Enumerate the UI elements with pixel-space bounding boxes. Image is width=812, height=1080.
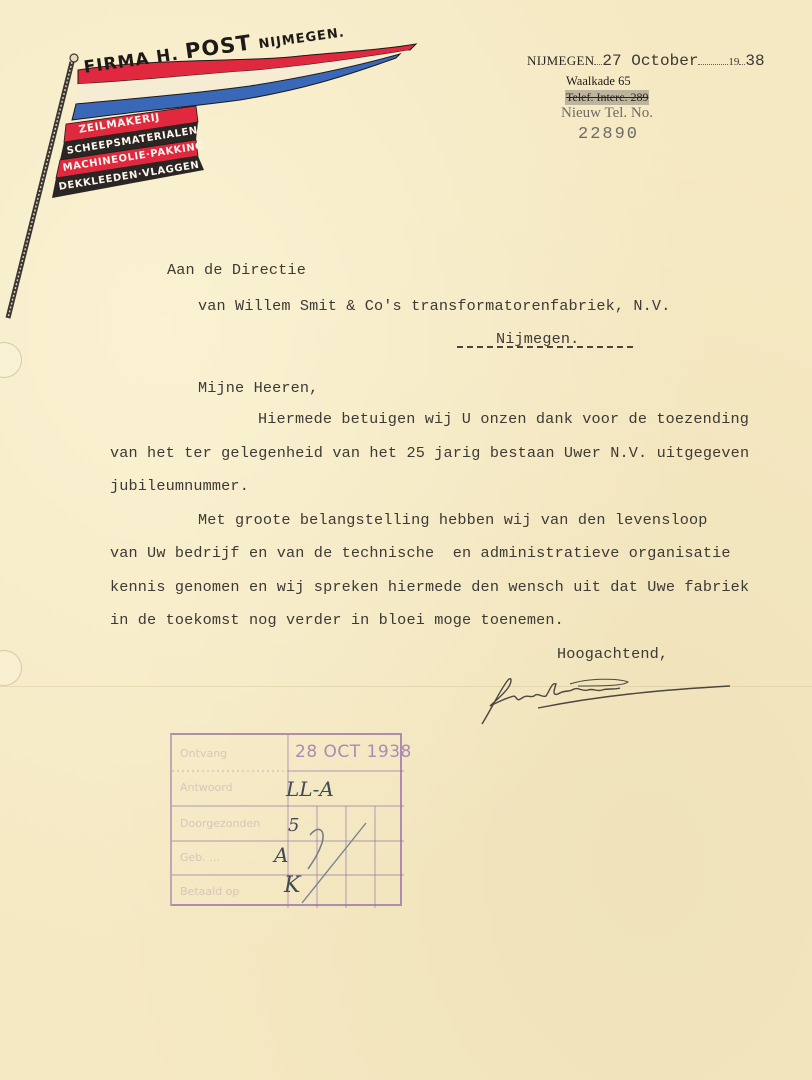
body-line-5: van Uw bedrijf en van de technische en a… xyxy=(110,544,731,562)
handwritten-initials: LL-A xyxy=(286,777,334,801)
stamp-label-2: Antwoord xyxy=(180,781,233,794)
place-date-line: NIJMEGEN27 October1938 xyxy=(527,52,765,70)
body-line-4: Met groote belangstelling hebben wij van… xyxy=(198,511,708,529)
signature-icon xyxy=(478,668,738,728)
recipient-line-2: van Willem Smit & Co's transformatorenfa… xyxy=(198,297,670,315)
body-line-6: kennis genomen en wij spreken hiermede d… xyxy=(110,578,749,596)
recipient-underline xyxy=(457,346,633,348)
body-line-1: Hiermede betuigen wij U onzen dank voor … xyxy=(258,410,749,428)
recipient-line-1: Aan de Directie xyxy=(167,261,306,279)
new-phone-label: Nieuw Tel. No. xyxy=(561,105,653,122)
place-name: NIJMEGEN xyxy=(527,53,594,68)
stamp-label-1: Ontvang xyxy=(180,747,227,760)
stamp-label-5: Betaald op xyxy=(180,885,239,898)
received-stamp: 28 OCT 1938 Ontvang Antwoord Doorgezonde… xyxy=(170,733,402,906)
closing: Hoogachtend, xyxy=(557,645,668,663)
stamp-label-3: Doorgezonden xyxy=(180,817,260,830)
old-phone-struck: Telef. Interc. 289 xyxy=(565,90,649,105)
body-line-3: jubileumnummer. xyxy=(110,477,249,495)
pencil-tick-icon xyxy=(282,813,372,908)
typed-date: 27 October xyxy=(602,52,698,70)
typed-year: 38 xyxy=(745,52,764,70)
stamp-label-4: Geb. ... xyxy=(180,851,220,864)
century-prefix: 19 xyxy=(728,56,739,68)
stamp-date: 28 OCT 1938 xyxy=(295,742,412,762)
body-line-2: van het ter gelegenheid van het 25 jarig… xyxy=(110,444,749,462)
company-address: Waalkade 65 xyxy=(566,74,631,89)
new-phone-number: 22890 xyxy=(578,125,639,144)
body-line-7: in de toekomst nog verder in bloei moge … xyxy=(110,611,564,629)
salutation: Mijne Heeren, xyxy=(198,379,318,397)
